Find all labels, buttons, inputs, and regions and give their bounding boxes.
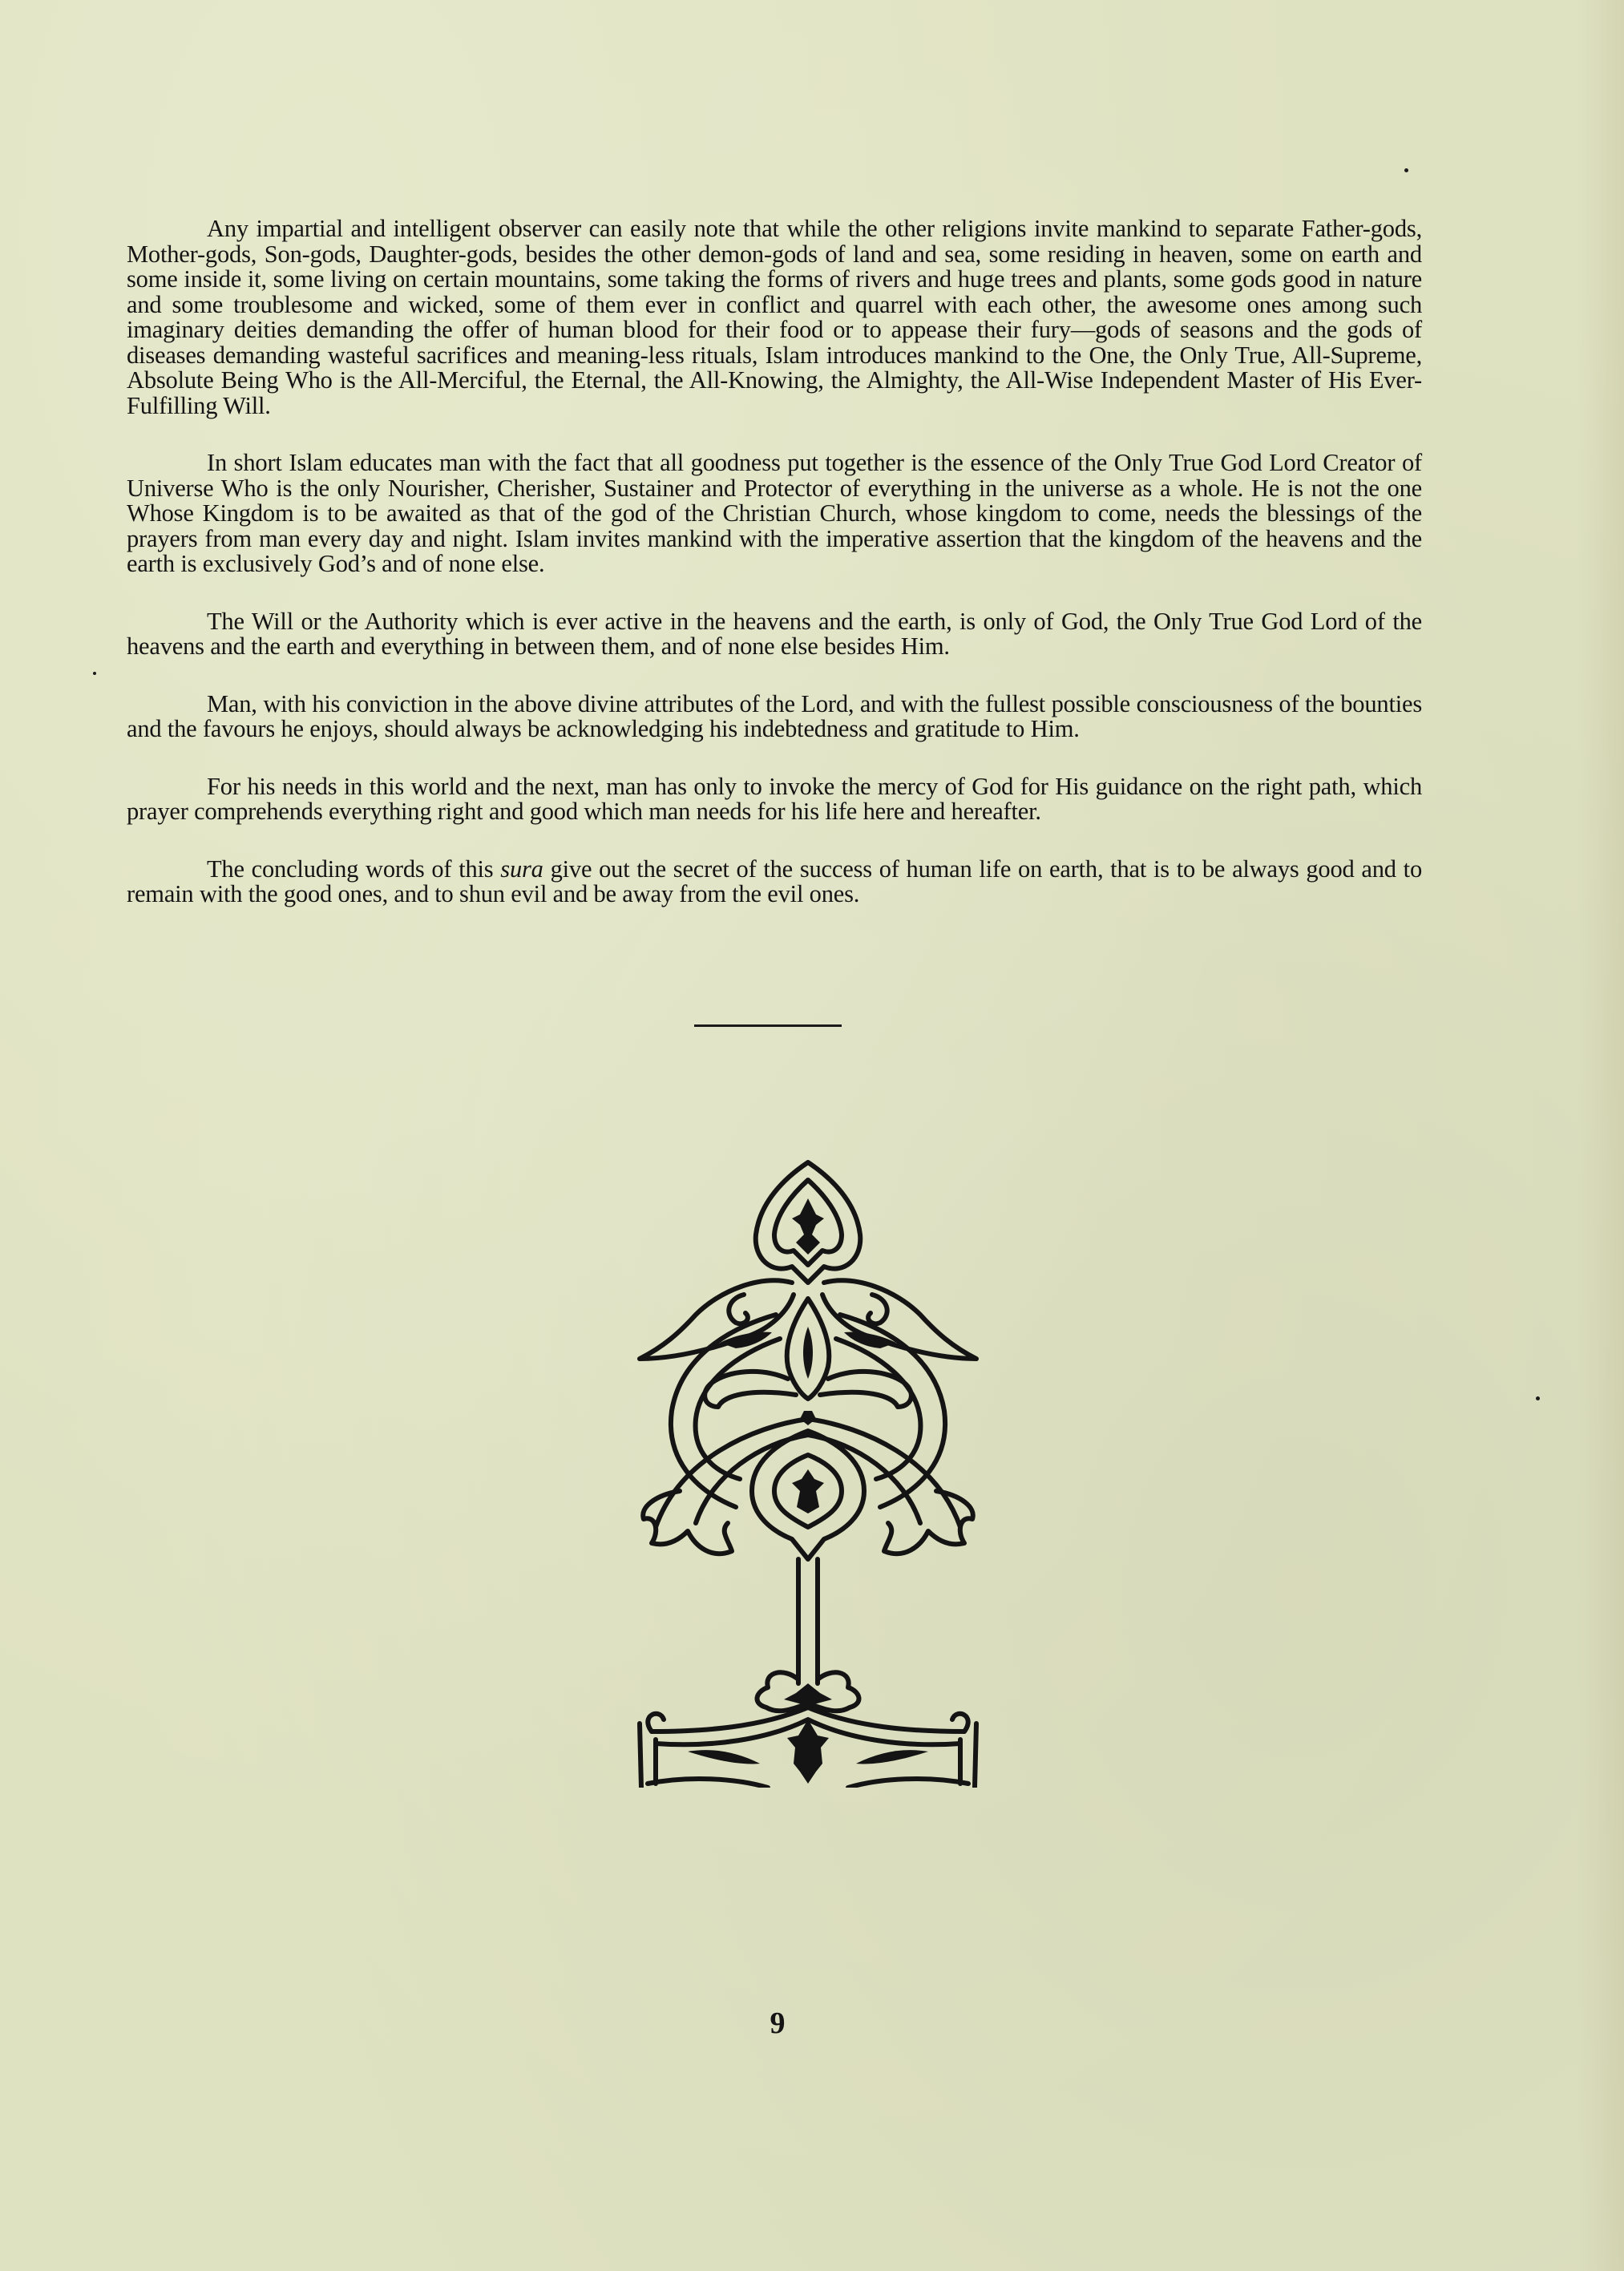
paragraph-6: The concluding words of this sura give o…	[127, 857, 1422, 907]
paragraph-2: In short Islam educates man with the fac…	[127, 451, 1422, 577]
paragraph-6-text-before: The concluding words of this	[207, 855, 500, 883]
paragraph-5: For his needs in this world and the next…	[127, 774, 1422, 825]
paragraph-6-italic-term: sura	[500, 855, 543, 883]
stray-mark	[93, 672, 96, 675]
paragraph-1: Any impartial and intelligent observer c…	[127, 216, 1422, 418]
section-divider-rule	[694, 1024, 842, 1027]
stray-mark	[1536, 1396, 1540, 1400]
page-edge-shading	[1576, 0, 1624, 2271]
page-number: 9	[0, 2006, 1555, 2041]
paragraph-4: Man, with his conviction in the above di…	[127, 692, 1422, 742]
stray-mark	[1404, 168, 1408, 172]
body-text: Any impartial and intelligent observer c…	[127, 216, 1422, 940]
arabesque-ornament-icon	[624, 1154, 992, 1788]
paragraph-3: The Will or the Authority which is ever …	[127, 609, 1422, 660]
